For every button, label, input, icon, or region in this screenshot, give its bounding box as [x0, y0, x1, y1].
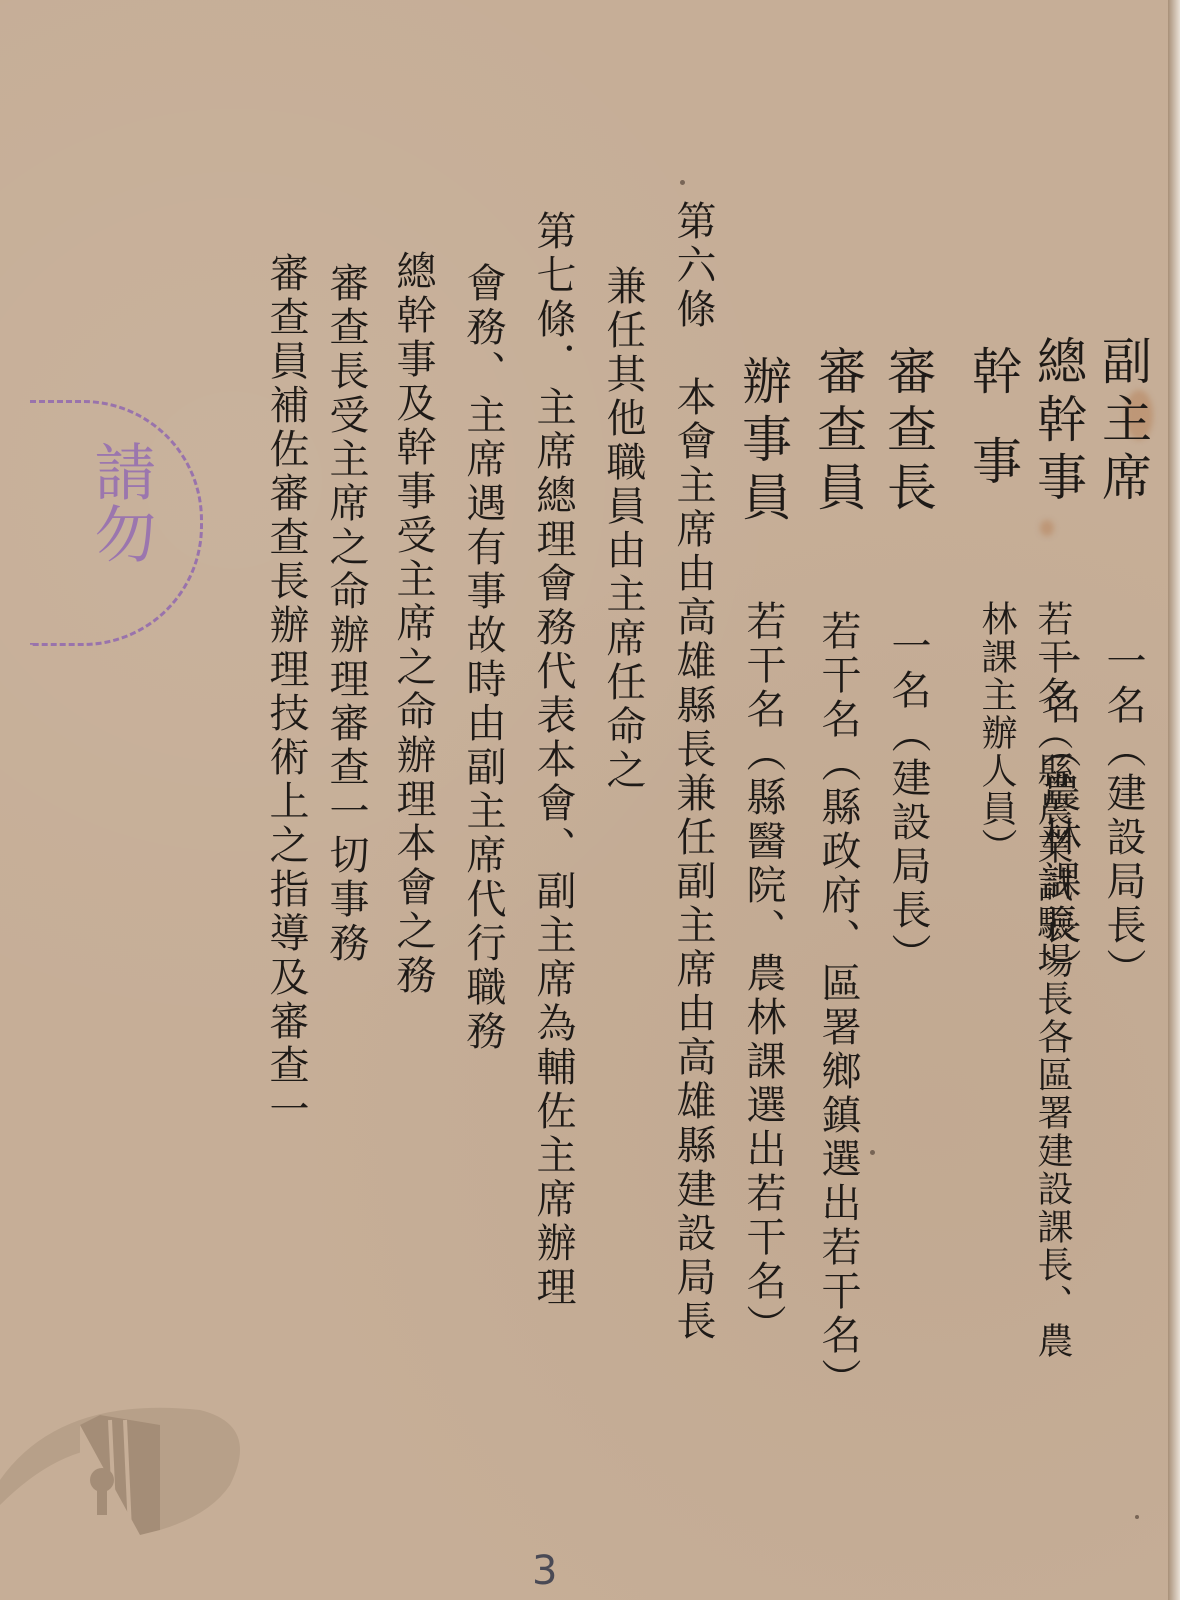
stain: [1040, 520, 1054, 536]
column-secretary-general-title: 總幹事: [1030, 335, 1086, 509]
column-clerk-title: 辦事員: [735, 355, 791, 529]
article-7-chief-reviewer: 審查長受主席之命辦理審查一切事務: [318, 262, 374, 966]
page-number: 3: [532, 1548, 557, 1594]
column-vice-chairman-detail: 一名（建設局長）: [1095, 640, 1151, 992]
article-7-reviewers: 審查員補佐審查長辦理技術上之指導及審查一: [258, 252, 314, 1132]
article-7-text: 第七條．主席總理會務代表本會、副主席為輔佐主席辦理: [525, 210, 581, 1310]
page-edge: [1168, 0, 1180, 1600]
column-chief-reviewer-title: 審查長: [880, 345, 936, 519]
column-clerk-detail: 若干名（縣醫院、農林課選出若干名）: [735, 600, 791, 1348]
column-reviewer-detail: 若干名（縣政府、區署鄉鎮選出若干名）: [810, 610, 866, 1402]
column-secretary-detail: 若干名（縣農業試驗場長各區署建設課長、農林課主辦人員）: [968, 600, 1080, 1390]
article-7-secretaries: 總幹事及幹事受主席之命辦理本會之務: [385, 250, 441, 998]
archive-logo-icon: [0, 1395, 260, 1535]
speck: [680, 180, 685, 185]
article-6-continued: 兼任其他職員由主席任命之: [595, 265, 651, 793]
speck: [870, 1150, 875, 1155]
column-reviewer-title: 審查員: [810, 345, 866, 519]
speck: [1135, 1515, 1139, 1519]
seal-stamp-text: 請勿: [85, 440, 155, 564]
article-7-continued: 會務、主席遇有事故時由副主席代行職務: [455, 262, 511, 1054]
column-vice-chairman-title: 副主席: [1095, 335, 1151, 509]
article-6-text: 第六條 本會主席由高雄縣長兼任副主席由高雄縣建設局長: [665, 200, 721, 1344]
column-chief-reviewer-detail: 一名（建設局長）: [880, 625, 936, 977]
column-secretary-title: 幹事: [965, 345, 1021, 525]
